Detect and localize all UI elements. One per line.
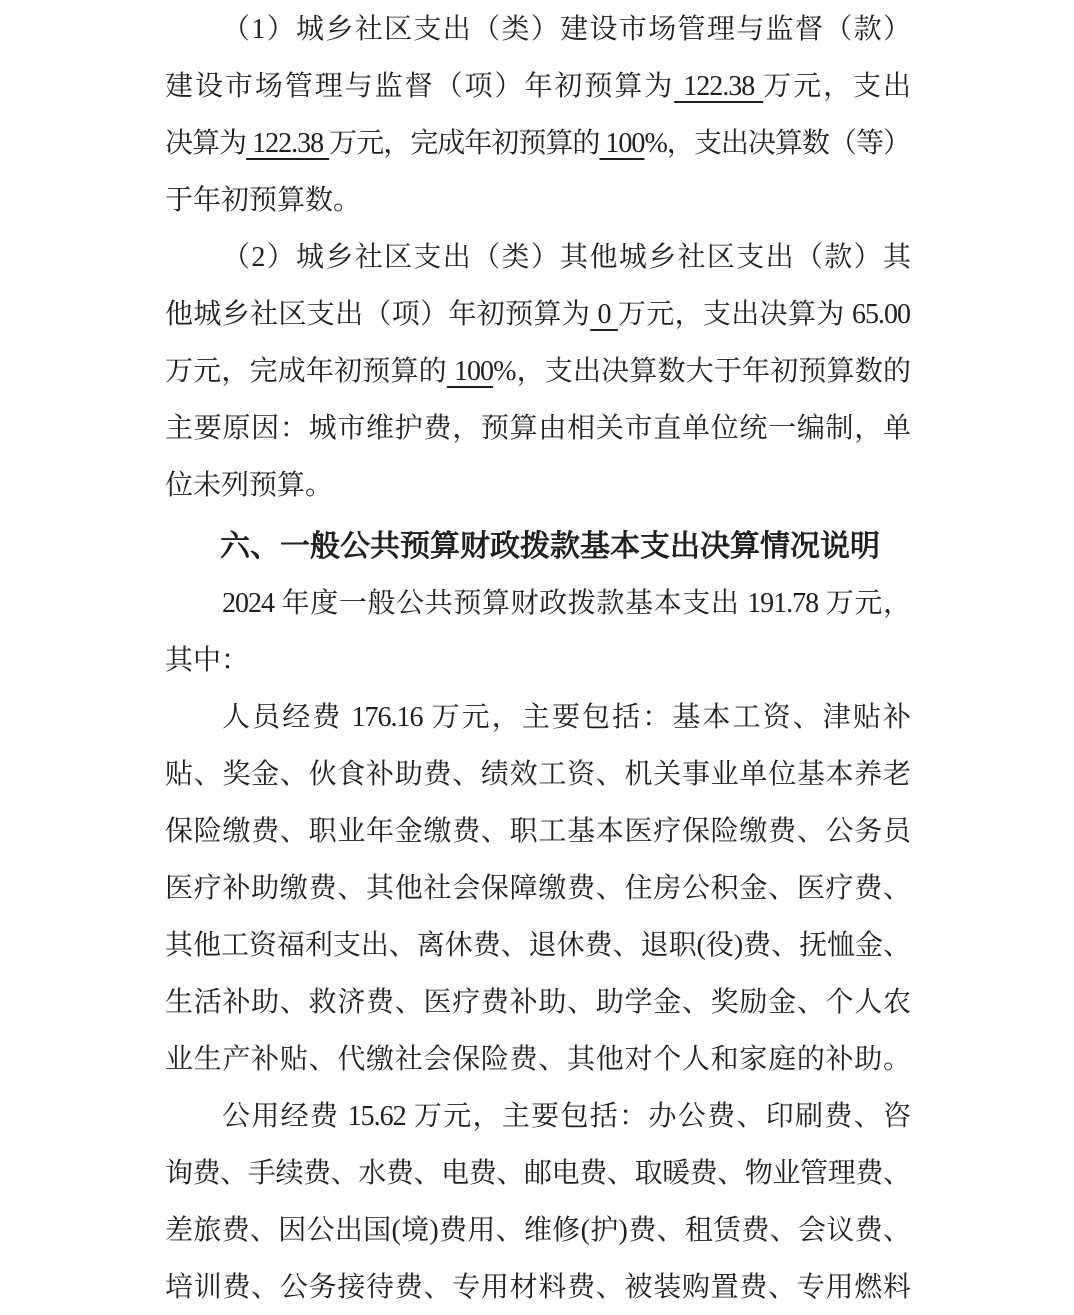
para5-line3: 差旅费、因公出国(境)费用、维修(护)费、租赁费、会议费、 xyxy=(165,1202,910,1259)
para1-line2: 建设市场管理与监督（项）年初预算为 122.38 万元，支出 xyxy=(165,58,910,115)
text-segment: 位未列预算。 xyxy=(165,470,333,501)
document-page: （1）城乡社区支出（类）建设市场管理与监督（款）建设市场管理与监督（项）年初预算… xyxy=(0,0,1074,1315)
text-segment: 医疗补助缴费、其他社会保障缴费、住房公积金、医疗费、 xyxy=(165,873,910,904)
text-segment: %，支出决算数（等） xyxy=(644,128,910,159)
text-segment: 贴、奖金、伙食补助费、绩效工资、机关事业单位基本养老 xyxy=(165,759,910,790)
text-segment: 人员经费 176.16 万元，主要包括：基本工资、津贴补 xyxy=(222,702,910,733)
text-segment: （1）城乡社区支出（类）建设市场管理与监督（款） xyxy=(222,14,910,45)
text-segment: 于年初预算数。 xyxy=(165,185,361,216)
text-segment: 业生产补贴、代缴社会保险费、其他对个人和家庭的补助。 xyxy=(165,1044,910,1075)
para4-line2: 贴、奖金、伙食补助费、绩效工资、机关事业单位基本养老 xyxy=(165,746,910,803)
text-segment: 他城乡社区支出（项）年初预算为 xyxy=(165,299,590,330)
text-segment: 决算为 xyxy=(165,128,246,159)
para2-line3: 万元，完成年初预算的 100%，支出决算数大于年初预算数的 xyxy=(165,343,910,400)
document-body: （1）城乡社区支出（类）建设市场管理与监督（款）建设市场管理与监督（项）年初预算… xyxy=(165,1,910,1315)
para2-line5: 位未列预算。 xyxy=(165,457,910,514)
para1-line3: 决算为 122.38 万元，完成年初预算的 100%，支出决算数（等） xyxy=(165,115,910,172)
text-segment: 2024 年度一般公共预算财政拨款基本支出 191.78 万元， xyxy=(222,588,910,619)
para1-line1: （1）城乡社区支出（类）建设市场管理与监督（款） xyxy=(165,1,910,58)
para4-line4: 医疗补助缴费、其他社会保障缴费、住房公积金、医疗费、 xyxy=(165,860,910,917)
para5-line1: 公用经费 15.62 万元，主要包括：办公费、印刷费、咨 xyxy=(165,1088,910,1145)
text-segment: （2）城乡社区支出（类）其他城乡社区支出（款）其 xyxy=(222,242,910,273)
text-segment: 主要原因：城市维护费，预算由相关市直单位统一编制，单 xyxy=(165,413,910,444)
text-segment: 六、一般公共预算财政拨款基本支出决算情况说明 xyxy=(220,530,880,563)
para4-line5: 其他工资福利支出、离休费、退休费、退职(役)费、抚恤金、 xyxy=(165,917,910,974)
text-segment: 培训费、公务接待费、专用材料费、被装购置费、专用燃料 xyxy=(165,1272,910,1303)
text-segment: %，支出决算数大于年初预算数的 xyxy=(493,356,910,387)
text-segment: 询费、手续费、水费、电费、邮电费、取暖费、物业管理费、 xyxy=(165,1158,910,1189)
para1-line4: 于年初预算数。 xyxy=(165,172,910,229)
para2-line4: 主要原因：城市维护费，预算由相关市直单位统一编制，单 xyxy=(165,400,910,457)
para2-line2: 他城乡社区支出（项）年初预算为 0 万元，支出决算为 65.00 xyxy=(165,286,910,343)
para3-line2: 其中： xyxy=(165,632,910,689)
text-segment: 万元，完成年初预算的 xyxy=(165,356,447,387)
underlined-value: 122.38 xyxy=(674,71,763,102)
para2-line1: （2）城乡社区支出（类）其他城乡社区支出（款）其 xyxy=(165,229,910,286)
para4-line7: 业生产补贴、代缴社会保险费、其他对个人和家庭的补助。 xyxy=(165,1031,910,1088)
underlined-value: 100 xyxy=(447,356,493,387)
text-segment: 其中： xyxy=(165,645,249,676)
section-heading: 六、一般公共预算财政拨款基本支出决算情况说明 xyxy=(165,518,910,575)
para4-line3: 保险缴费、职业年金缴费、职工基本医疗保险缴费、公务员 xyxy=(165,803,910,860)
text-segment: 万元，完成年初预算的 xyxy=(329,128,599,159)
underlined-value: 122.38 xyxy=(246,128,329,159)
text-segment: 建设市场管理与监督（项）年初预算为 xyxy=(165,71,674,102)
underlined-value: 100 xyxy=(599,128,644,159)
text-segment: 生活补助、救济费、医疗费补助、助学金、奖励金、个人农 xyxy=(165,987,910,1018)
para5-line4: 培训费、公务接待费、专用材料费、被装购置费、专用燃料 xyxy=(165,1259,910,1315)
text-segment: 其他工资福利支出、离休费、退休费、退职(役)费、抚恤金、 xyxy=(165,930,910,961)
underlined-value: 0 xyxy=(590,299,618,330)
para3-line1: 2024 年度一般公共预算财政拨款基本支出 191.78 万元， xyxy=(165,575,910,632)
text-segment: 保险缴费、职业年金缴费、职工基本医疗保险缴费、公务员 xyxy=(165,816,910,847)
para5-line2: 询费、手续费、水费、电费、邮电费、取暖费、物业管理费、 xyxy=(165,1145,910,1202)
para4-line1: 人员经费 176.16 万元，主要包括：基本工资、津贴补 xyxy=(165,689,910,746)
para4-line6: 生活补助、救济费、医疗费补助、助学金、奖励金、个人农 xyxy=(165,974,910,1031)
text-segment: 差旅费、因公出国(境)费用、维修(护)费、租赁费、会议费、 xyxy=(165,1215,910,1246)
text-segment: 公用经费 15.62 万元，主要包括：办公费、印刷费、咨 xyxy=(222,1101,910,1132)
text-segment: 万元，支出决算为 65.00 xyxy=(618,299,910,330)
text-segment: 万元，支出 xyxy=(763,71,910,102)
